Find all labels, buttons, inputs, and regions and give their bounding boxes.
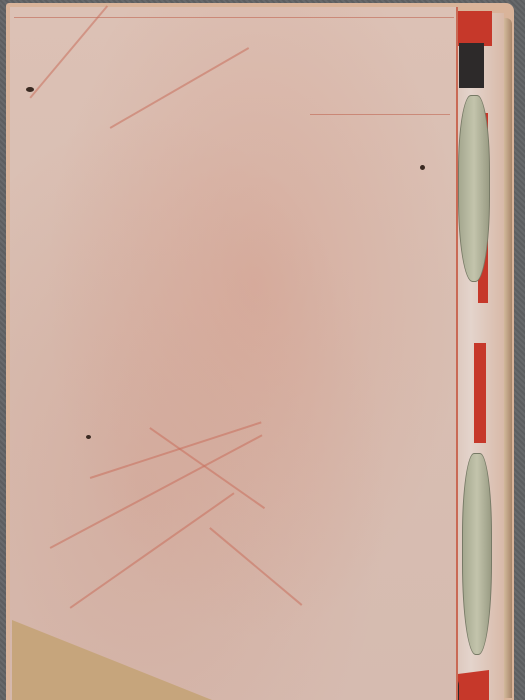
paper-hole bbox=[26, 87, 34, 92]
book-cover bbox=[6, 3, 514, 700]
stain-crack bbox=[90, 421, 262, 478]
paper-hole bbox=[420, 165, 425, 170]
stain-line bbox=[14, 17, 454, 18]
front-cover-paper bbox=[10, 7, 458, 700]
stain-crack bbox=[70, 492, 235, 608]
stain-crack bbox=[50, 434, 263, 548]
red-binding-patch-top bbox=[452, 11, 492, 46]
stain-crack bbox=[110, 47, 249, 128]
stain-line bbox=[310, 114, 450, 115]
dark-binding-patch-top bbox=[459, 43, 484, 88]
red-binding-strip-middle bbox=[474, 343, 486, 443]
binding-tie-upper bbox=[458, 95, 490, 282]
stain-crack bbox=[210, 527, 303, 605]
stain-crack bbox=[29, 5, 107, 98]
binding-tie-lower bbox=[462, 453, 492, 655]
paper-hole bbox=[86, 435, 91, 439]
